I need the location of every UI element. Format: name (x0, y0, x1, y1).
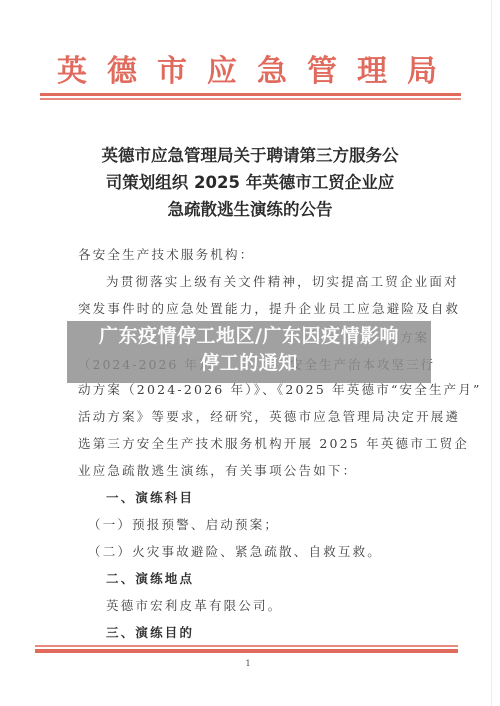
document-page: 英德市应急管理局 英德市应急管理局关于聘请第三方服务公 司策划组织 2025 年… (0, 0, 500, 706)
rule-thick-line (35, 649, 458, 653)
section-item: 英德市宏利皮革有限公司。 (78, 592, 438, 619)
section-item: （一）预报预警、启动预案； (78, 511, 438, 538)
page-edge-shadow (491, 0, 492, 706)
section-heading: 二、演练地点 (78, 565, 438, 592)
rule-thick-line (40, 93, 461, 96)
title-line: 急疏散逃生演练的公告 (60, 196, 440, 223)
paragraph-line: 为贯彻落实上级有关文件精神，切实提高工贸企业面对 (78, 268, 438, 295)
footer-double-rule (35, 645, 458, 654)
letterhead-org-name: 英德市应急管理局 (40, 54, 460, 90)
section-heading: 一、演练科目 (78, 484, 438, 511)
letterhead-double-rule (40, 93, 461, 101)
title-line: 英德市应急管理局关于聘请第三方服务公 (60, 142, 440, 169)
paragraph-line: 突发事件时的应急处置能力，提升企业员工应急避险及自救 (78, 295, 438, 322)
rule-thin-line (40, 98, 461, 100)
document-title: 英德市应急管理局关于聘请第三方服务公 司策划组织 2025 年英德市工贸企业应 … (60, 142, 440, 223)
paragraph-line: 业应急疏散逃生演练，有关事项公告如下： (78, 457, 438, 484)
document-body: 各安全生产技术服务机构： 为贯彻落实上级有关文件精神，切实提高工贸企业面对 突发… (78, 241, 438, 646)
headline-overlay-text[interactable]: 广东疫情停工地区/广东因疫情影响 停工的通知 (67, 323, 431, 377)
salutation: 各安全生产技术服务机构： (78, 241, 438, 268)
paragraph-line: 活动方案》等要求，经研究，英德市应急管理局决定开展遴 (78, 403, 438, 430)
title-line: 司策划组织 2025 年英德市工贸企业应 (60, 169, 440, 196)
headline-line[interactable]: 停工的通知 (67, 350, 431, 377)
section-item: （二）火灾事故避险、紧急疏散、自救互救。 (78, 538, 438, 565)
page-number: 1 (240, 659, 256, 668)
headline-line[interactable]: 广东疫情停工地区/广东因疫情影响 (67, 323, 431, 350)
section-heading: 三、演练目的 (78, 619, 438, 646)
paragraph-line: 选第三方安全生产技术服务机构开展 2025 年英德市工贸企 (78, 430, 438, 457)
rule-thin-line (35, 645, 458, 647)
